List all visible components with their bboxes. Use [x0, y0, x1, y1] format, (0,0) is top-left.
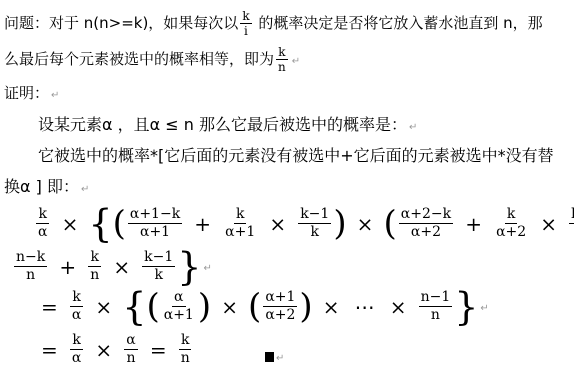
fraction: α+1−kα+1 — [128, 207, 182, 240]
fraction-k-over-alpha: kα — [36, 207, 49, 240]
qed-line: ↵ — [265, 346, 284, 365]
explanation-text-2: 换α ] 即： — [4, 177, 79, 196]
times-operator: × — [221, 295, 238, 319]
result-fraction: kn — [276, 46, 288, 73]
equals-operator: = — [150, 338, 167, 362]
times-operator: × — [357, 212, 374, 236]
times-operator: × — [323, 295, 340, 319]
times-operator: × — [95, 295, 112, 319]
problem-line-2: 么最后每个元素被选中的概率相等，即为kn↵ — [4, 46, 300, 73]
proof-label: 证明： — [4, 84, 49, 102]
equation-line-2: n−kn + kn × k−1k}↵ — [12, 250, 212, 283]
fraction: kα — [70, 290, 83, 323]
proof-explanation-2: 换α ] 即：↵ — [4, 178, 89, 199]
paragraph-mark-icon: ↵ — [203, 263, 211, 274]
close-paren: ) — [333, 204, 346, 244]
times-operator: × — [540, 212, 557, 236]
close-paren: ) — [299, 287, 312, 327]
times-operator: × — [95, 338, 112, 362]
times-operator: × — [62, 212, 79, 236]
equals-operator: = — [41, 295, 58, 319]
paragraph-mark-icon: ↵ — [409, 122, 417, 133]
open-paren: ( — [113, 204, 126, 244]
fraction: n−1n — [419, 290, 453, 323]
proof-explanation-1: 它被选中的概率*[它后面的元素没有被选中+它后面的元素被选中*没有替 — [38, 147, 554, 165]
equals-operator: = — [41, 338, 58, 362]
problem-prefix: 问题：对于 n(n>=k)，如果每次以 — [4, 14, 238, 32]
close-brace: } — [177, 245, 201, 289]
times-operator: × — [269, 212, 286, 236]
problem-suffix: 的概率决定是否将它放入蓄水池直到 n，那 — [254, 14, 543, 32]
fraction: k−1k — [569, 207, 574, 240]
plus-operator: + — [465, 212, 482, 236]
paragraph-mark-icon: ↵ — [81, 184, 89, 195]
open-paren: ( — [248, 287, 261, 327]
open-paren: ( — [384, 204, 397, 244]
fraction: αα+1 — [162, 290, 196, 323]
problem-conclusion: 么最后每个元素被选中的概率相等，即为 — [4, 50, 274, 68]
paragraph-mark-icon: ↵ — [292, 56, 300, 67]
fraction: k−1k — [298, 207, 331, 240]
fraction: kα — [70, 333, 83, 366]
open-paren: ( — [146, 287, 159, 327]
paragraph-mark-icon: ↵ — [480, 303, 488, 314]
equation-line-3: = kα × {(αα+1) × (α+1α+2) × ⋯ × n−1n}↵ — [36, 290, 489, 323]
times-operator: × — [390, 295, 407, 319]
assumption-text: 设某元素α ，且α ≤ n 那么它最后被选中的概率是： — [38, 115, 407, 134]
open-brace: { — [88, 202, 112, 246]
qed-square-icon — [265, 352, 274, 362]
fraction: α+1α+2 — [263, 290, 297, 323]
fraction: αn — [124, 333, 137, 366]
plus-operator: + — [59, 255, 76, 279]
open-brace: { — [122, 285, 146, 329]
proof-label-line: 证明：↵ — [4, 84, 59, 105]
probability-fraction: ki — [240, 10, 251, 37]
fraction: n−kn — [14, 250, 47, 283]
fraction: kα+2 — [494, 207, 528, 240]
equation-line-4: = kα × αn = kn — [36, 333, 194, 366]
fraction: kn — [88, 250, 101, 283]
times-operator: × — [113, 255, 130, 279]
ellipsis: ⋯ — [355, 295, 375, 319]
problem-line-1: 问题：对于 n(n>=k)，如果每次以ki 的概率决定是否将它放入蓄水池直到 n… — [4, 10, 543, 37]
fraction: kα+1 — [223, 207, 257, 240]
explanation-text-1: 它被选中的概率*[它后面的元素没有被选中+它后面的元素被选中*没有替 — [38, 146, 554, 165]
close-brace: } — [454, 285, 478, 329]
paragraph-mark-icon: ↵ — [276, 353, 284, 364]
paragraph-mark-icon: ↵ — [51, 90, 59, 101]
fraction: k−1k — [142, 250, 175, 283]
fraction: α+2−kα+2 — [399, 207, 453, 240]
close-paren: ) — [198, 287, 211, 327]
proof-assumption: 设某元素α ，且α ≤ n 那么它最后被选中的概率是：↵ — [38, 116, 417, 137]
equation-line-1: kα × {(α+1−kα+1 + kα+1 × k−1k) × (α+2−kα… — [34, 207, 574, 240]
plus-operator: + — [194, 212, 211, 236]
fraction: kn — [179, 333, 192, 366]
